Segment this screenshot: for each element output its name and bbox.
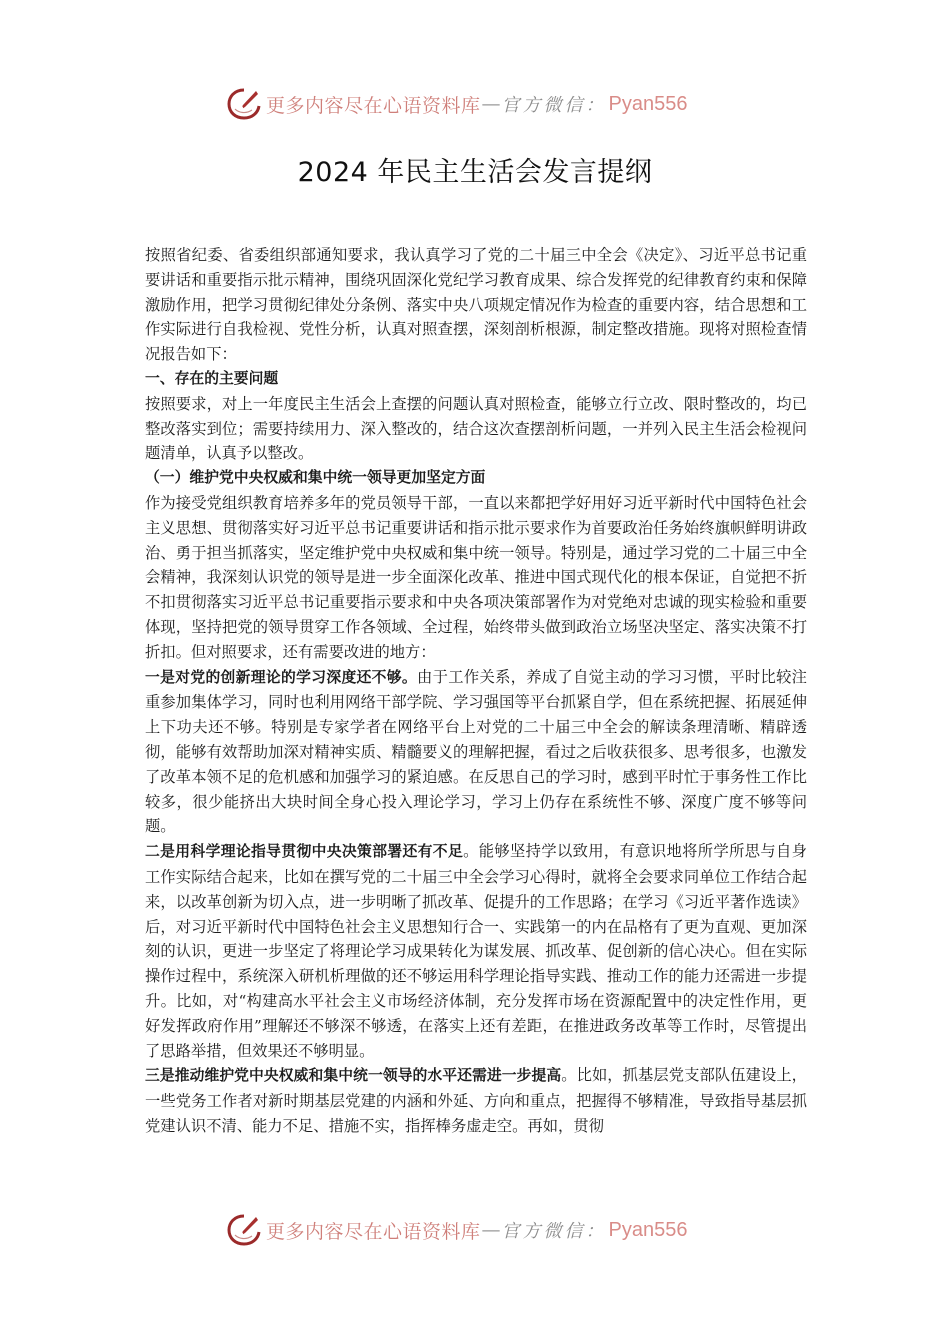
watermark-wechat-label: 官方微信： [502,91,607,117]
subsection-heading: （一）维护党中央权威和集中统一领导更加坚定方面 [145,466,807,491]
point-text: 。能够坚持学以致用，有意识地将所学所思与自身工作实际结合起来，比如在撰写党的二十… [145,842,807,1059]
watermark-dash: — [482,93,501,115]
watermark-site-text: 更多内容尽在心语资料库 [266,1217,481,1244]
watermark-banner-top: 更多内容尽在心语资料库 — 官方微信： Pyan556 [226,86,726,122]
point-paragraph-2: 二是用科学理论指导贯彻中央决策部署还有不足。能够坚持学以致用，有意识地将所学所思… [145,839,807,1063]
watermark-banner-bottom: 更多内容尽在心语资料库 — 官方微信： Pyan556 [226,1212,726,1248]
document-title: 2024 年民主生活会发言提纲 [0,150,950,189]
point-lead: 一是对党的创新理论的学习深度还不够。 [145,669,417,686]
subsection-body-paragraph: 作为接受党组织教育培养多年的党员领导干部，一直以来都把学好用好习近平新时代中国特… [145,491,807,665]
watermark-dash: — [482,1219,501,1241]
point-text: 由于工作关系，养成了自觉主动的学习习惯，平时比较注重参加集体学习，同时也利用网络… [145,668,807,836]
watermark-wechat-label: 官方微信： [502,1217,607,1243]
watermark-wechat-id: Pyan556 [609,93,688,116]
watermark-wechat-id: Pyan556 [609,1219,688,1242]
point-paragraph-1: 一是对党的创新理论的学习深度还不够。由于工作关系，养成了自觉主动的学习习惯，平时… [145,665,807,840]
quill-pen-circle-icon [226,87,262,121]
section-heading: 一、存在的主要问题 [145,367,807,392]
watermark-site-text: 更多内容尽在心语资料库 [266,91,481,118]
point-lead: 二是用科学理论指导贯彻中央决策部署还有不足 [145,843,463,860]
intro-paragraph: 按照省纪委、省委组织部通知要求，我认真学习了党的二十届三中全会《决定》、习近平总… [145,243,807,367]
document-body: 按照省纪委、省委组织部通知要求，我认真学习了党的二十届三中全会《决定》、习近平总… [145,243,807,1139]
point-lead: 三是推动维护党中央权威和集中统一领导的水平还需进一步提高 [145,1067,561,1084]
quill-pen-circle-icon [226,1213,262,1247]
point-paragraph-3: 三是推动维护党中央权威和集中统一领导的水平还需进一步提高。比如，抓基层党支部队伍… [145,1063,807,1138]
section-intro-paragraph: 按照要求，对上一年度民主生活会上查摆的问题认真对照检查，能够立行立改、限时整改的… [145,392,807,466]
